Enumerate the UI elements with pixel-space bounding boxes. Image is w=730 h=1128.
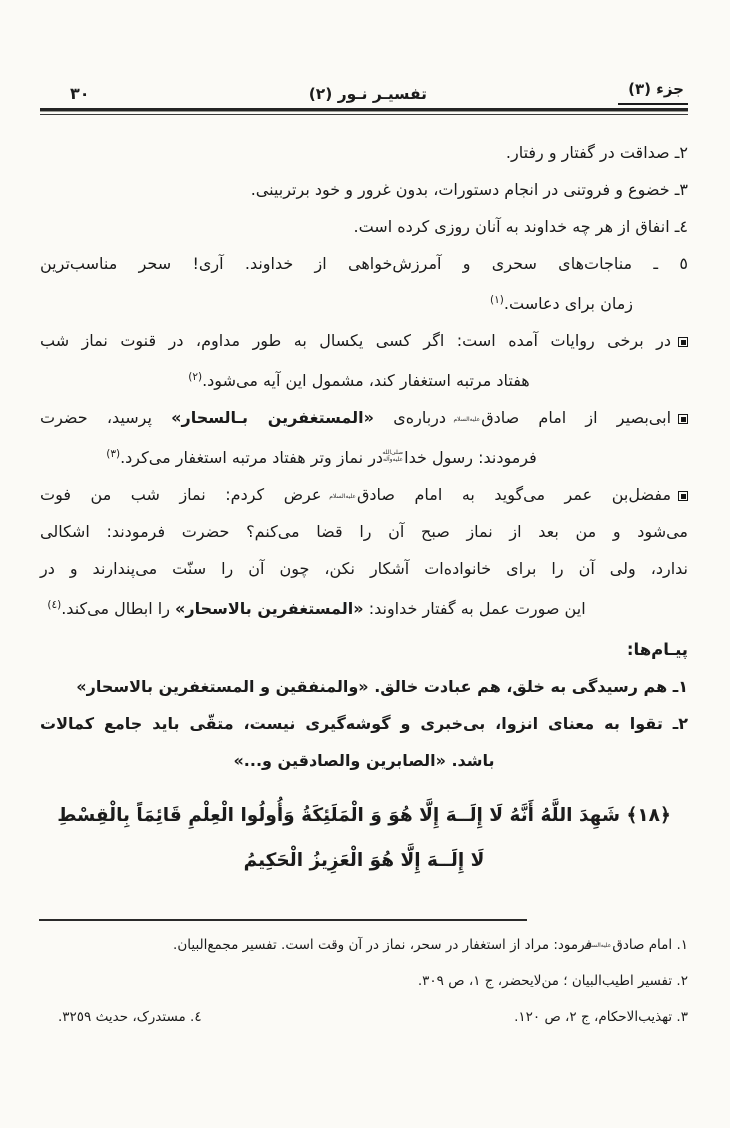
text-segment: فرمود: مراد از استغفار در سحر، نماز در آ…	[173, 937, 596, 953]
juz-label: جزء (٣)	[618, 78, 688, 105]
book-title: تفسیـر نـور (٢)	[309, 83, 427, 105]
honorific-icon: علیه‌السلام	[597, 943, 611, 950]
hadith-line-continuation: می‌شود و من بعد از نماز صبح آن را قضا می…	[40, 513, 688, 550]
payam-item-2-continuation: باشد. «الصابرین والصادقین و...»	[40, 742, 688, 779]
body-text: ٢ـ صداقت در گفتار و رفتار.٣ـ خضوع و فروت…	[40, 134, 688, 779]
text-segment: پیـام‌ها:	[627, 640, 688, 659]
honorific-icon: علیه‌السلام	[466, 417, 480, 424]
text-segment: ٢. تفسیر اطیب‌البیان ؛ من‌لایحضر، ج ١، ص…	[418, 973, 688, 989]
text-segment: «والمنفقین و المستغفرین بالاسحار»	[76, 677, 368, 696]
text-segment: ٤. مستدرک، حدیث ٣٢٥٩.	[58, 1009, 202, 1025]
page-number: ٣٠	[70, 83, 92, 105]
honorific-icon: علیه‌السلام	[342, 494, 356, 501]
footnote-marker: (٣)	[106, 448, 120, 460]
hadith-line-continuation: ندارد، ولی آن را برای خانواده‌ات آشکار ن…	[40, 550, 688, 587]
footnote-4: ٤. مستدرک، حدیث ٣٢٥٩.	[40, 999, 202, 1035]
hadith-line: در برخی روایات آمده است: اگر کسی یکسال ب…	[40, 322, 688, 359]
text-segment: ٢ـ صداقت در گفتار و رفتار.	[506, 143, 688, 162]
text-segment: پرسید، حضرت	[40, 408, 171, 427]
text-segment: لَا إِلَــهَ إِلَّا هُوَ الْعَزِیزُ الْح…	[244, 850, 485, 871]
text-segment: در نماز وتر هفتاد مرتبه استغفار می‌کرد.	[120, 448, 388, 467]
text-segment: «الصابرین والصادقین و...»	[233, 751, 445, 770]
footnote-marker: (١)	[490, 294, 504, 306]
footnote-marker: (٢)	[188, 371, 202, 383]
footnote-1: ١. امام صادقعلیه‌السلام فرمود: مراد از ا…	[173, 927, 688, 963]
list-item-5-continuation: زمان برای دعاست.(١)	[40, 282, 688, 322]
footnote-row: ١. امام صادقعلیه‌السلام فرمود: مراد از ا…	[40, 927, 688, 963]
text-segment: می‌شود و من بعد از نماز صبح آن را قضا می…	[40, 522, 688, 541]
text-segment: ٥ ـ مناجات‌های سحری و آمرزش‌خواهی از خدا…	[40, 254, 688, 273]
text-segment: هفتاد مرتبه استغفار کند، مشمول این آیه م…	[202, 371, 530, 390]
quran-verse-line: لَا إِلَــهَ إِلَّا هُوَ الْعَزِیزُ الْح…	[40, 838, 688, 883]
hadith-line-continuation: این صورت عمل به گفتار خداوند: «المستغفری…	[40, 587, 688, 627]
text-segment: درباره‌ی	[374, 408, 465, 427]
hadith-line-continuation: فرمودند: رسول خداصلی‌الله علیه‌وآله در ن…	[40, 436, 688, 476]
header-rule-thick	[40, 108, 688, 111]
list-item-5: ٥ ـ مناجات‌های سحری و آمرزش‌خواهی از خدا…	[40, 245, 688, 282]
footnote-2: ٢. تفسیر اطیب‌البیان ؛ من‌لایحضر، ج ١، ص…	[418, 963, 688, 999]
text-segment: ٣ـ خضوع و فروتنی در انجام دستورات، بدون …	[251, 180, 688, 199]
text-segment: مفضل‌بن عمر می‌گوید به امام صادق	[357, 485, 671, 504]
text-segment: ابی‌بصیر از امام صادق	[481, 408, 671, 427]
text-segment: زمان برای دعاست.	[504, 294, 633, 313]
footnote-separator	[39, 919, 527, 921]
text-segment: «المستغفرین بـالسحار»	[171, 408, 374, 427]
page-header: جزء (٣) تفسیـر نـور (٢) ٣٠	[40, 0, 688, 105]
quran-verse-line: ﴿١٨﴾ شَهِدَ اللَّهُ أَنَّهُ لَا إِلَــهَ…	[40, 793, 688, 838]
text-segment: این صورت عمل به گفتار خداوند:	[364, 599, 586, 618]
list-item-3: ٣ـ خضوع و فروتنی در انجام دستورات، بدون …	[40, 171, 688, 208]
text-segment: ٢ـ تقوا به معنای انزوا، بی‌خبری و گوشه‌گ…	[40, 714, 688, 733]
payam-heading: پیـام‌ها:	[40, 631, 688, 668]
hadith-line: ابی‌بصیر از امام صادقعلیه‌السلام درباره‌…	[40, 399, 688, 436]
footnote-3: ٣. تهذیب‌الاحکام، ج ٢، ص ١٢٠.	[514, 999, 688, 1035]
square-bullet-icon	[678, 491, 688, 501]
honorific-icon: صلی‌الله علیه‌وآله	[389, 450, 403, 464]
text-segment: ١. امام صادق	[612, 937, 688, 953]
text-segment: فرمودند: رسول خدا	[404, 448, 537, 467]
list-item-4: ٤ـ انفاق از هر چه خداوند به آنان روزی کر…	[40, 208, 688, 245]
hadith-line: مفضل‌بن عمر می‌گوید به امام صادقعلیه‌الس…	[40, 476, 688, 513]
quran-verse: ﴿١٨﴾ شَهِدَ اللَّهُ أَنَّهُ لَا إِلَــهَ…	[40, 793, 688, 883]
square-bullet-icon	[678, 414, 688, 424]
payam-item-1: ١ـ هم رسیدگی به خلق، هم عبادت خالق. «وال…	[40, 668, 688, 705]
footnote-row: ٣. تهذیب‌الاحکام، ج ٢، ص ١٢٠.٤. مستدرک، …	[40, 999, 688, 1035]
payam-item-2: ٢ـ تقوا به معنای انزوا، بی‌خبری و گوشه‌گ…	[40, 705, 688, 742]
text-segment: باشد.	[446, 751, 495, 770]
text-segment: را ابطال می‌کند.	[61, 599, 175, 618]
scanned-book-page: { "colors": { "paper": "#fbfaf6", "ink":…	[0, 0, 730, 1128]
text-segment: ٤ـ انفاق از هر چه خداوند به آنان روزی کر…	[354, 217, 689, 236]
book-page: جزء (٣) تفسیـر نـور (٢) ٣٠ ٢ـ صداقت در گ…	[0, 0, 730, 1128]
text-segment: ﴿١٨﴾ شَهِدَ اللَّهُ أَنَّهُ لَا إِلَــهَ…	[57, 805, 671, 826]
header-rule-thin	[40, 114, 688, 115]
text-segment: در برخی روایات آمده است: اگر کسی یکسال ب…	[40, 331, 671, 350]
footnotes: ١. امام صادقعلیه‌السلام فرمود: مراد از ا…	[40, 927, 688, 1035]
footnote-marker: (٤)	[47, 599, 61, 611]
footnote-row: ٢. تفسیر اطیب‌البیان ؛ من‌لایحضر، ج ١، ص…	[40, 963, 688, 999]
list-item-2: ٢ـ صداقت در گفتار و رفتار.	[40, 134, 688, 171]
hadith-line-continuation: هفتاد مرتبه استغفار کند، مشمول این آیه م…	[40, 359, 688, 399]
text-segment: ٣. تهذیب‌الاحکام، ج ٢، ص ١٢٠.	[514, 1009, 688, 1025]
square-bullet-icon	[678, 337, 688, 347]
text-segment: ندارد، ولی آن را برای خانواده‌ات آشکار ن…	[40, 559, 688, 578]
text-segment: عرض کردم: نماز شب من فوت	[40, 485, 341, 504]
text-segment: ١ـ هم رسیدگی به خلق، هم عبادت خالق.	[369, 677, 688, 696]
text-segment: «المستغفرین بالاسحار»	[175, 599, 364, 618]
